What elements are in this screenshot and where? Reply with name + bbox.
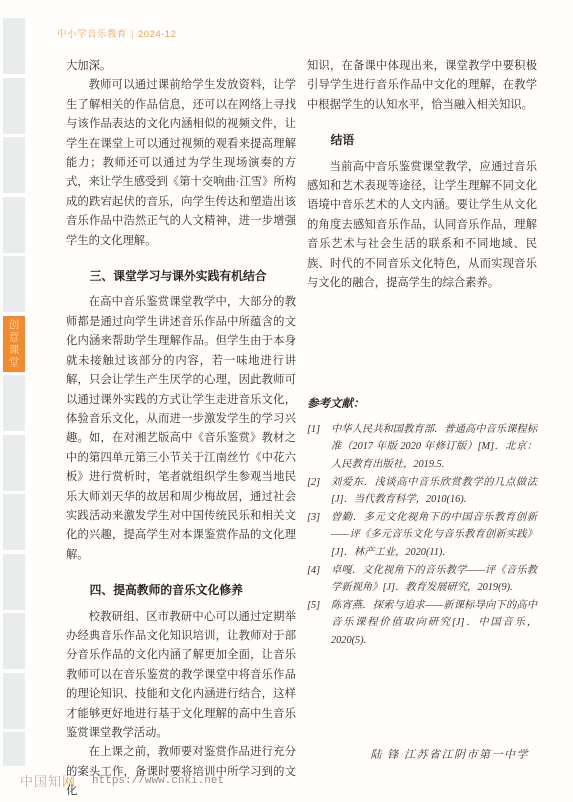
cnki-footer: 中国知网 https://www.cnki.net [20,771,224,790]
paragraph: 当前高中音乐鉴赏课堂教学，应通过音乐感知和艺术表现等途径，让学生理解不同文化语境… [307,158,537,294]
cnki-watermark: 中国知网 [20,771,76,790]
edge-tab [3,375,25,431]
continuation-line: 知识，在备课中体现出来，课堂教学中要积极引导学生进行音乐作品中文化的理解，在教学… [307,57,537,115]
author-affiliation-line: 陆 锋 江苏省江阴市第一中学 [307,746,537,765]
continuation-line: 大加深。 [66,57,296,76]
journal-header: 中小学音乐教育|2024-12 [57,26,176,40]
edge-tab [3,435,25,491]
paragraph: 教师可以通过课前给学生发放资料，让学生了解相关的作品信息，还可以在网络上寻找与该… [66,76,296,251]
reference-item: [1] 中华人民共和国教育部．普通高中音乐课程标准（2017 年版 2020 年… [307,421,537,474]
edge-tab [3,18,25,74]
page-edge-tabs: 创意课堂 [3,18,25,770]
references-title: 参考文献： [307,395,537,414]
edge-tab [3,732,25,766]
watermark-net-char: 网 [62,774,76,789]
edge-tab [3,613,25,669]
issue-number: 2024-12 [138,29,176,40]
references-section: 参考文献： [1] 中华人民共和国教育部．普通高中音乐课程标准（2017 年版 … [307,395,537,649]
reference-item: [5] 陈宵燕．探索与追求——新课标导向下的高中音乐课程价值取向研究[J]．中国… [307,597,537,650]
reference-text: 中华人民共和国教育部．普通高中音乐课程标准（2017 年版 2020 年修订版）… [331,421,537,474]
reference-item: [4] 卓嘎．文化视角下的音乐教学——评《音乐教学新视角》[J]．教育发展研究，… [307,562,537,597]
cnki-url: https://www.cnki.net [92,775,224,787]
edge-tab [3,494,25,550]
journal-name: 中小学音乐教育 [57,29,127,40]
edge-tab [3,554,25,610]
watermark-text: 中国知 [20,774,62,789]
reference-number: [1] [307,421,331,474]
header-separator: | [131,29,134,40]
document-page: 创意课堂 中小学音乐教育|2024-12 大加深。 教师可以通过课前给学生发放资… [0,0,573,802]
reference-text: 刘爱东．浅谈高中音乐欣赏教学的几点做法[J]．当代教育科学，2010(16). [331,474,537,509]
edge-tab [3,256,25,312]
column-tab-label: 创意课堂 [7,319,22,369]
edge-tab [3,78,25,134]
reference-number: [3] [307,509,331,562]
reference-number: [2] [307,474,331,509]
reference-text: 卓嘎．文化视角下的音乐教学——评《音乐教学新视角》[J]．教育发展研究，2019… [331,562,537,597]
reference-item: [3] 曾勤．多元文化视角下的中国音乐教育创新——评《多元音乐文化与音乐教育创新… [307,509,537,562]
right-column: 知识，在备课中体现出来，课堂教学中要积极引导学生进行音乐作品中文化的理解，在教学… [307,57,537,802]
reference-number: [5] [307,597,331,650]
edge-tab [3,137,25,193]
left-column: 大加深。 教师可以通过课前给学生发放资料，让学生了解相关的作品信息，还可以在网络… [66,57,296,802]
active-column-tab: 创意课堂 [3,316,25,372]
section-heading-4: 四、提高教师的音乐文化修养 [66,581,296,600]
paragraph: 校教研组、区市教研中心可以通过定期举办经典音乐作品文化知识培训，让教师对于部分音… [66,608,296,744]
reference-text: 曾勤．多元文化视角下的中国音乐教育创新——评《多元音乐文化与音乐教育创新实践》[… [331,509,537,562]
edge-tab [3,673,25,729]
reference-number: [4] [307,562,331,597]
conclusion-heading: 结语 [307,131,537,150]
edge-tab [3,197,25,253]
article-body: 大加深。 教师可以通过课前给学生发放资料，让学生了解相关的作品信息，还可以在网络… [66,57,537,802]
reference-item: [2] 刘爱东．浅谈高中音乐欣赏教学的几点做法[J]．当代教育科学，2010(1… [307,474,537,509]
reference-text: 陈宵燕．探索与追求——新课标导向下的高中音乐课程价值取向研究[J]．中国音乐，2… [331,597,537,650]
paragraph: 在高中音乐鉴赏课堂教学中，大部分的教师都是通过向学生讲述音乐作品中所蕴含的文化内… [66,293,296,565]
section-heading-3: 三、课堂学习与课外实践有机结合 [66,267,296,286]
